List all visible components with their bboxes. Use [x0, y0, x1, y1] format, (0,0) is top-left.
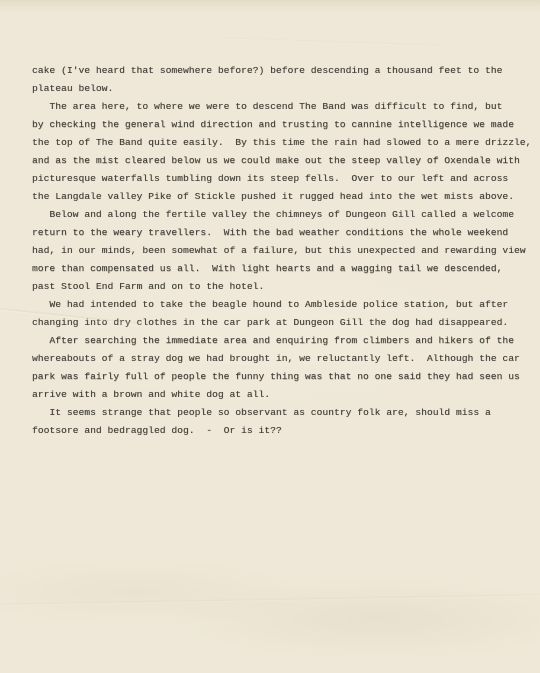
document-line: more than compensated us all. With light… — [32, 260, 540, 278]
document-line: arrive with a brown and white dog at all… — [32, 386, 540, 404]
document-line: plateau below. — [32, 80, 540, 98]
document-line: the Langdale valley Pike of Stickle push… — [32, 188, 540, 206]
document-line: We had intended to take the beagle hound… — [32, 296, 540, 314]
document-line: footsore and bedraggled dog. - Or is it?… — [32, 422, 540, 440]
document-line: and as the mist cleared below us we coul… — [32, 152, 540, 170]
document-line: whereabouts of a stray dog we had brough… — [32, 350, 540, 368]
paper-crease — [0, 593, 540, 606]
document-line: the top of The Band quite easily. By thi… — [32, 134, 540, 152]
document-line: return to the weary travellers. With the… — [32, 224, 540, 242]
document-line: cake (I've heard that somewhere before?)… — [32, 62, 540, 80]
document-line: park was fairly full of people the funny… — [32, 368, 540, 386]
document-line: changing into dry clothes in the car par… — [32, 314, 540, 332]
typewritten-page: cake (I've heard that somewhere before?)… — [0, 0, 540, 673]
document-line: had, in our minds, been somewhat of a fa… — [32, 242, 540, 260]
document-line: The area here, to where we were to desce… — [32, 98, 540, 116]
document-line: It seems strange that people so observan… — [32, 404, 540, 422]
document-line: past Stool End Farm and on to the hotel. — [32, 278, 540, 296]
paper-crease — [220, 36, 440, 48]
document-line: picturesque waterfalls tumbling down its… — [32, 170, 540, 188]
document-line: Below and along the fertile valley the c… — [32, 206, 540, 224]
document-line: After searching the immediate area and e… — [32, 332, 540, 350]
document-line: by checking the general wind direction a… — [32, 116, 540, 134]
